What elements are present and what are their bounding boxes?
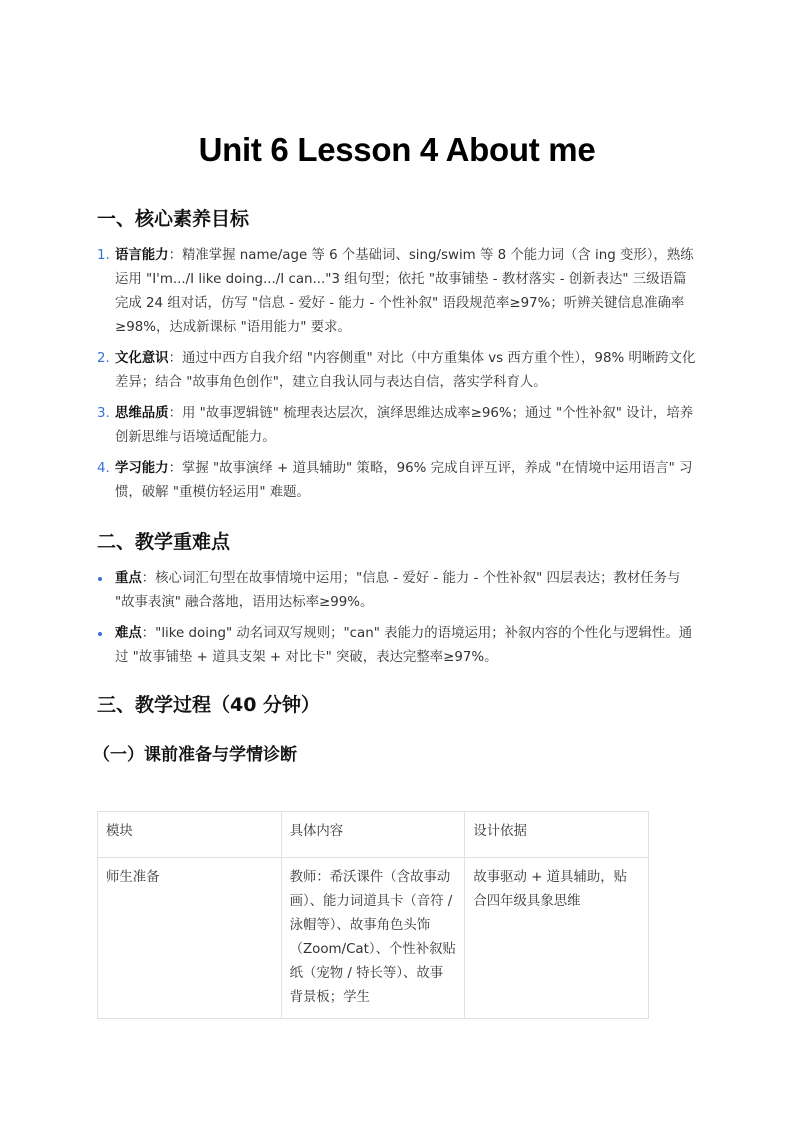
list-number: 1. [97,244,110,268]
table-cell: 师生准备 [98,858,282,1019]
key-points-list: 重点：核心词汇句型在故事情境中运用；"信息 - 爱好 - 能力 - 个性补叙" … [97,567,697,677]
core-goals-list: 1. 语言能力：精准掌握 name/age 等 6 个基础词、sing/swim… [97,244,697,512]
bullet-icon [98,577,102,581]
item-text: ：精准掌握 name/age 等 6 个基础词、sing/swim 等 8 个能… [115,248,694,335]
bullet-icon [98,632,102,636]
item-text: ：掌握 "故事演绎 + 道具辅助" 策略，96% 完成自评互评，养成 "在情境中… [115,461,692,500]
section-heading-teaching-process: 三、教学过程（40 分钟） [97,691,320,719]
table-header-cell: 具体内容 [281,812,465,858]
item-lead: 文化意识 [115,351,169,366]
table-header-cell: 模块 [98,812,282,858]
item-text: ：通过中西方自我介绍 "内容侧重" 对比（中方重集体 vs 西方重个性），98%… [115,351,695,390]
list-number: 3. [97,402,110,426]
item-lead: 语言能力 [115,248,169,263]
preparation-table: 模块 具体内容 设计依据 师生准备 教师：希沃课件（含故事动画）、能力词道具卡（… [97,811,649,1019]
list-item: 难点："like doing" 动名词双写规则；"can" 表能力的语境运用；补… [97,622,697,670]
item-text: ："like doing" 动名词双写规则；"can" 表能力的语境运用；补叙内… [115,626,692,665]
section-heading-key-points: 二、教学重难点 [97,528,230,556]
list-item: 1. 语言能力：精准掌握 name/age 等 6 个基础词、sing/swim… [97,244,697,340]
list-number: 4. [97,457,110,481]
table-header-row: 模块 具体内容 设计依据 [98,812,649,858]
subsection-heading-preparation: （一）课前准备与学情诊断 [93,742,297,768]
item-lead: 学习能力 [115,461,169,476]
item-lead: 重点 [115,571,142,586]
item-lead: 难点 [115,626,142,641]
list-item: 4. 学习能力：掌握 "故事演绎 + 道具辅助" 策略，96% 完成自评互评，养… [97,457,697,505]
list-item: 重点：核心词汇句型在故事情境中运用；"信息 - 爱好 - 能力 - 个性补叙" … [97,567,697,615]
table-cell: 教师：希沃课件（含故事动画）、能力词道具卡（音符 / 泳帽等）、故事角色头饰（Z… [281,858,465,1019]
table-header-cell: 设计依据 [465,812,649,858]
item-text: ：核心词汇句型在故事情境中运用；"信息 - 爱好 - 能力 - 个性补叙" 四层… [115,571,680,610]
item-text: ：用 "故事逻辑链" 梳理表达层次，演绎思维达成率≥96%；通过 "个性补叙" … [115,406,693,445]
item-lead: 思维品质 [115,406,169,421]
list-number: 2. [97,347,110,371]
document-title: Unit 6 Lesson 4 About me [0,128,794,172]
table-cell: 故事驱动 + 道具辅助，贴合四年级具象思维 [465,858,649,1019]
list-item: 2. 文化意识：通过中西方自我介绍 "内容侧重" 对比（中方重集体 vs 西方重… [97,347,697,395]
list-item: 3. 思维品质：用 "故事逻辑链" 梳理表达层次，演绎思维达成率≥96%；通过 … [97,402,697,450]
section-heading-core-goals: 一、核心素养目标 [97,205,249,233]
table-row: 师生准备 教师：希沃课件（含故事动画）、能力词道具卡（音符 / 泳帽等）、故事角… [98,858,649,1019]
